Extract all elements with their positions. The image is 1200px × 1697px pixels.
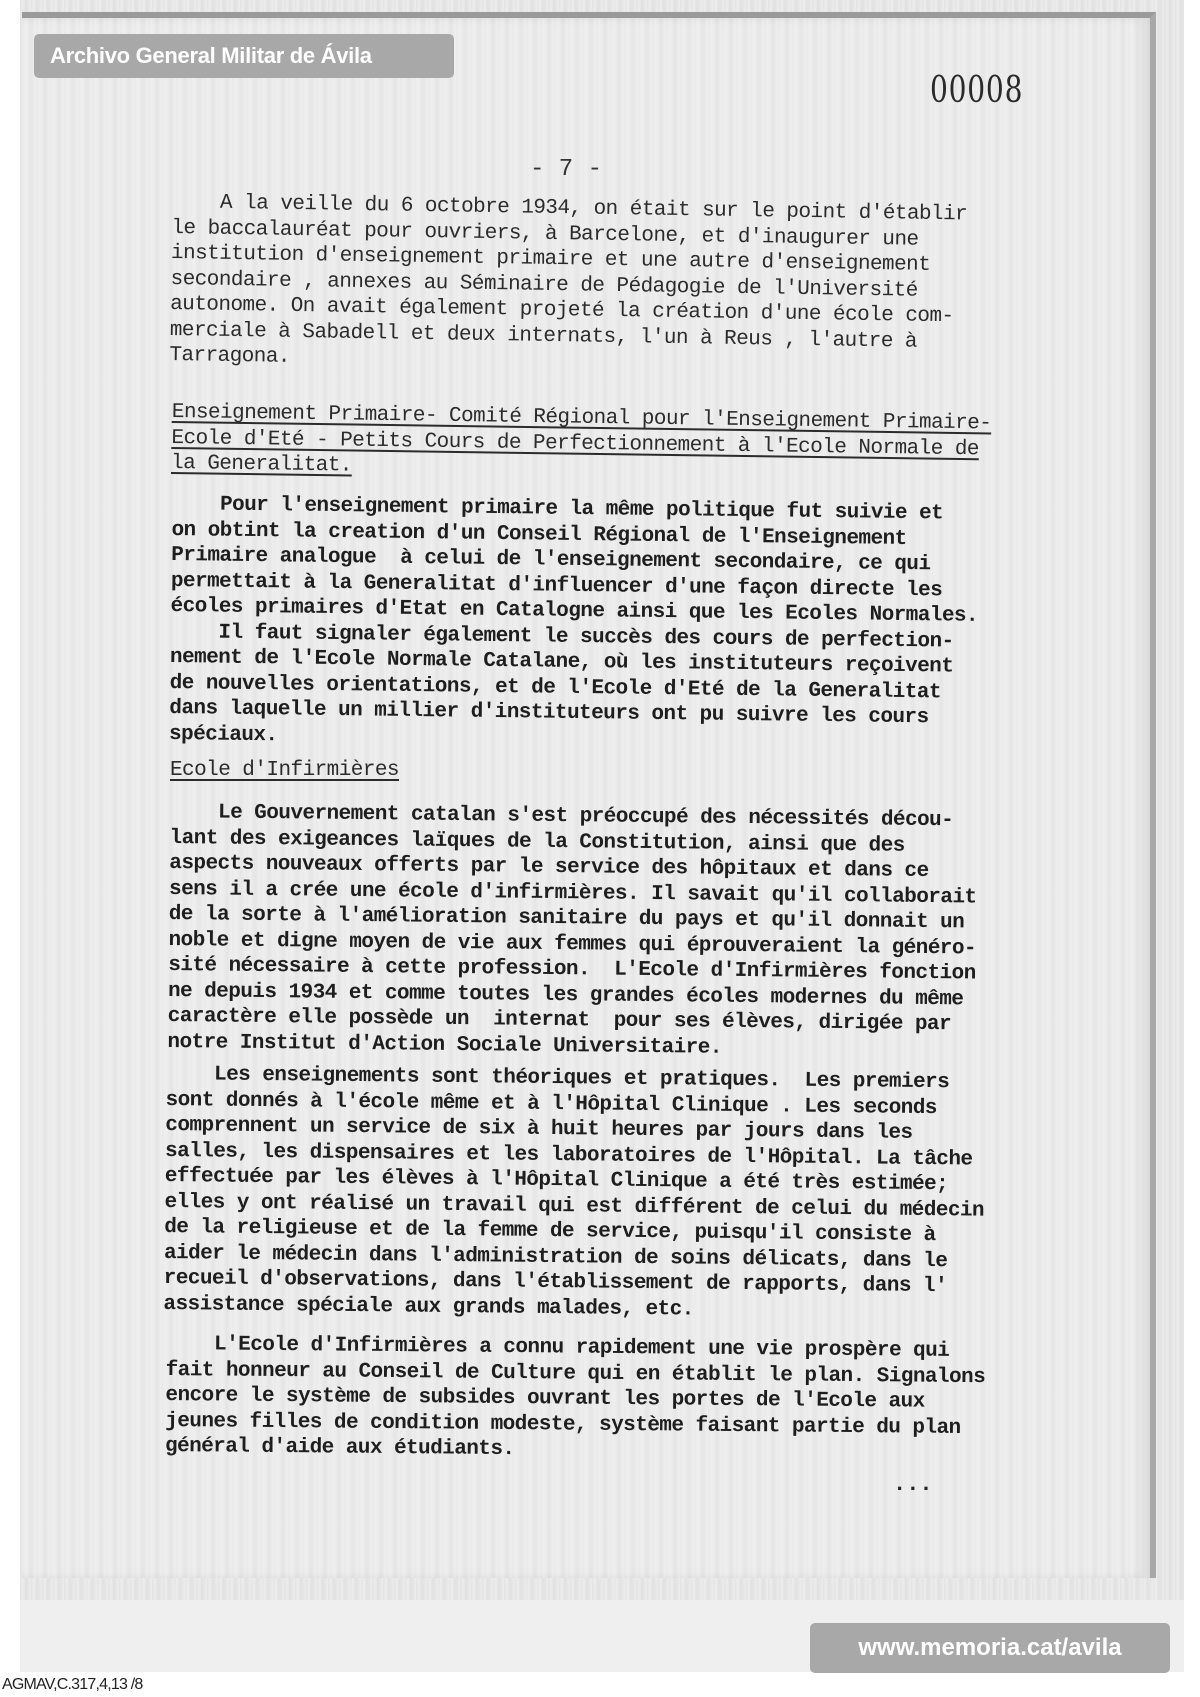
archive-reference: AGMAV,C.317,4,13 /8 [2,1676,142,1694]
continuation-mark: ... [893,1472,933,1497]
paragraph-baccalaureat: A la veille du 6 octobre 1934, on était … [169,190,1092,383]
heading-enseignement-primaire: Enseignement Primaire- Comité Régional p… [171,400,1092,489]
paragraph-gouvernement-catalan: Le Gouvernement catalan s'est préoccupé … [167,800,1090,1065]
website-watermark[interactable]: www.memoria.cat/avila [810,1623,1170,1673]
paragraph-ecole-prospere: L'Ecole d'Infirmières a connu rapidement… [165,1332,1086,1468]
paragraph-enseignements: Les enseignements sont théoriques et pra… [163,1062,1086,1327]
heading-line: Ecole d'Infirmières [170,758,1090,784]
archive-watermark: Archivo General Militar de Ávila [34,34,454,78]
paragraph-enseignement-primaire: Pour l'enseignement primaire la même pol… [169,492,1092,758]
heading-ecole-infirmieres: Ecole d'Infirmières [170,758,1090,784]
folio-stamp: 00008 [930,70,1023,111]
page-number: - 7 - [530,156,602,183]
